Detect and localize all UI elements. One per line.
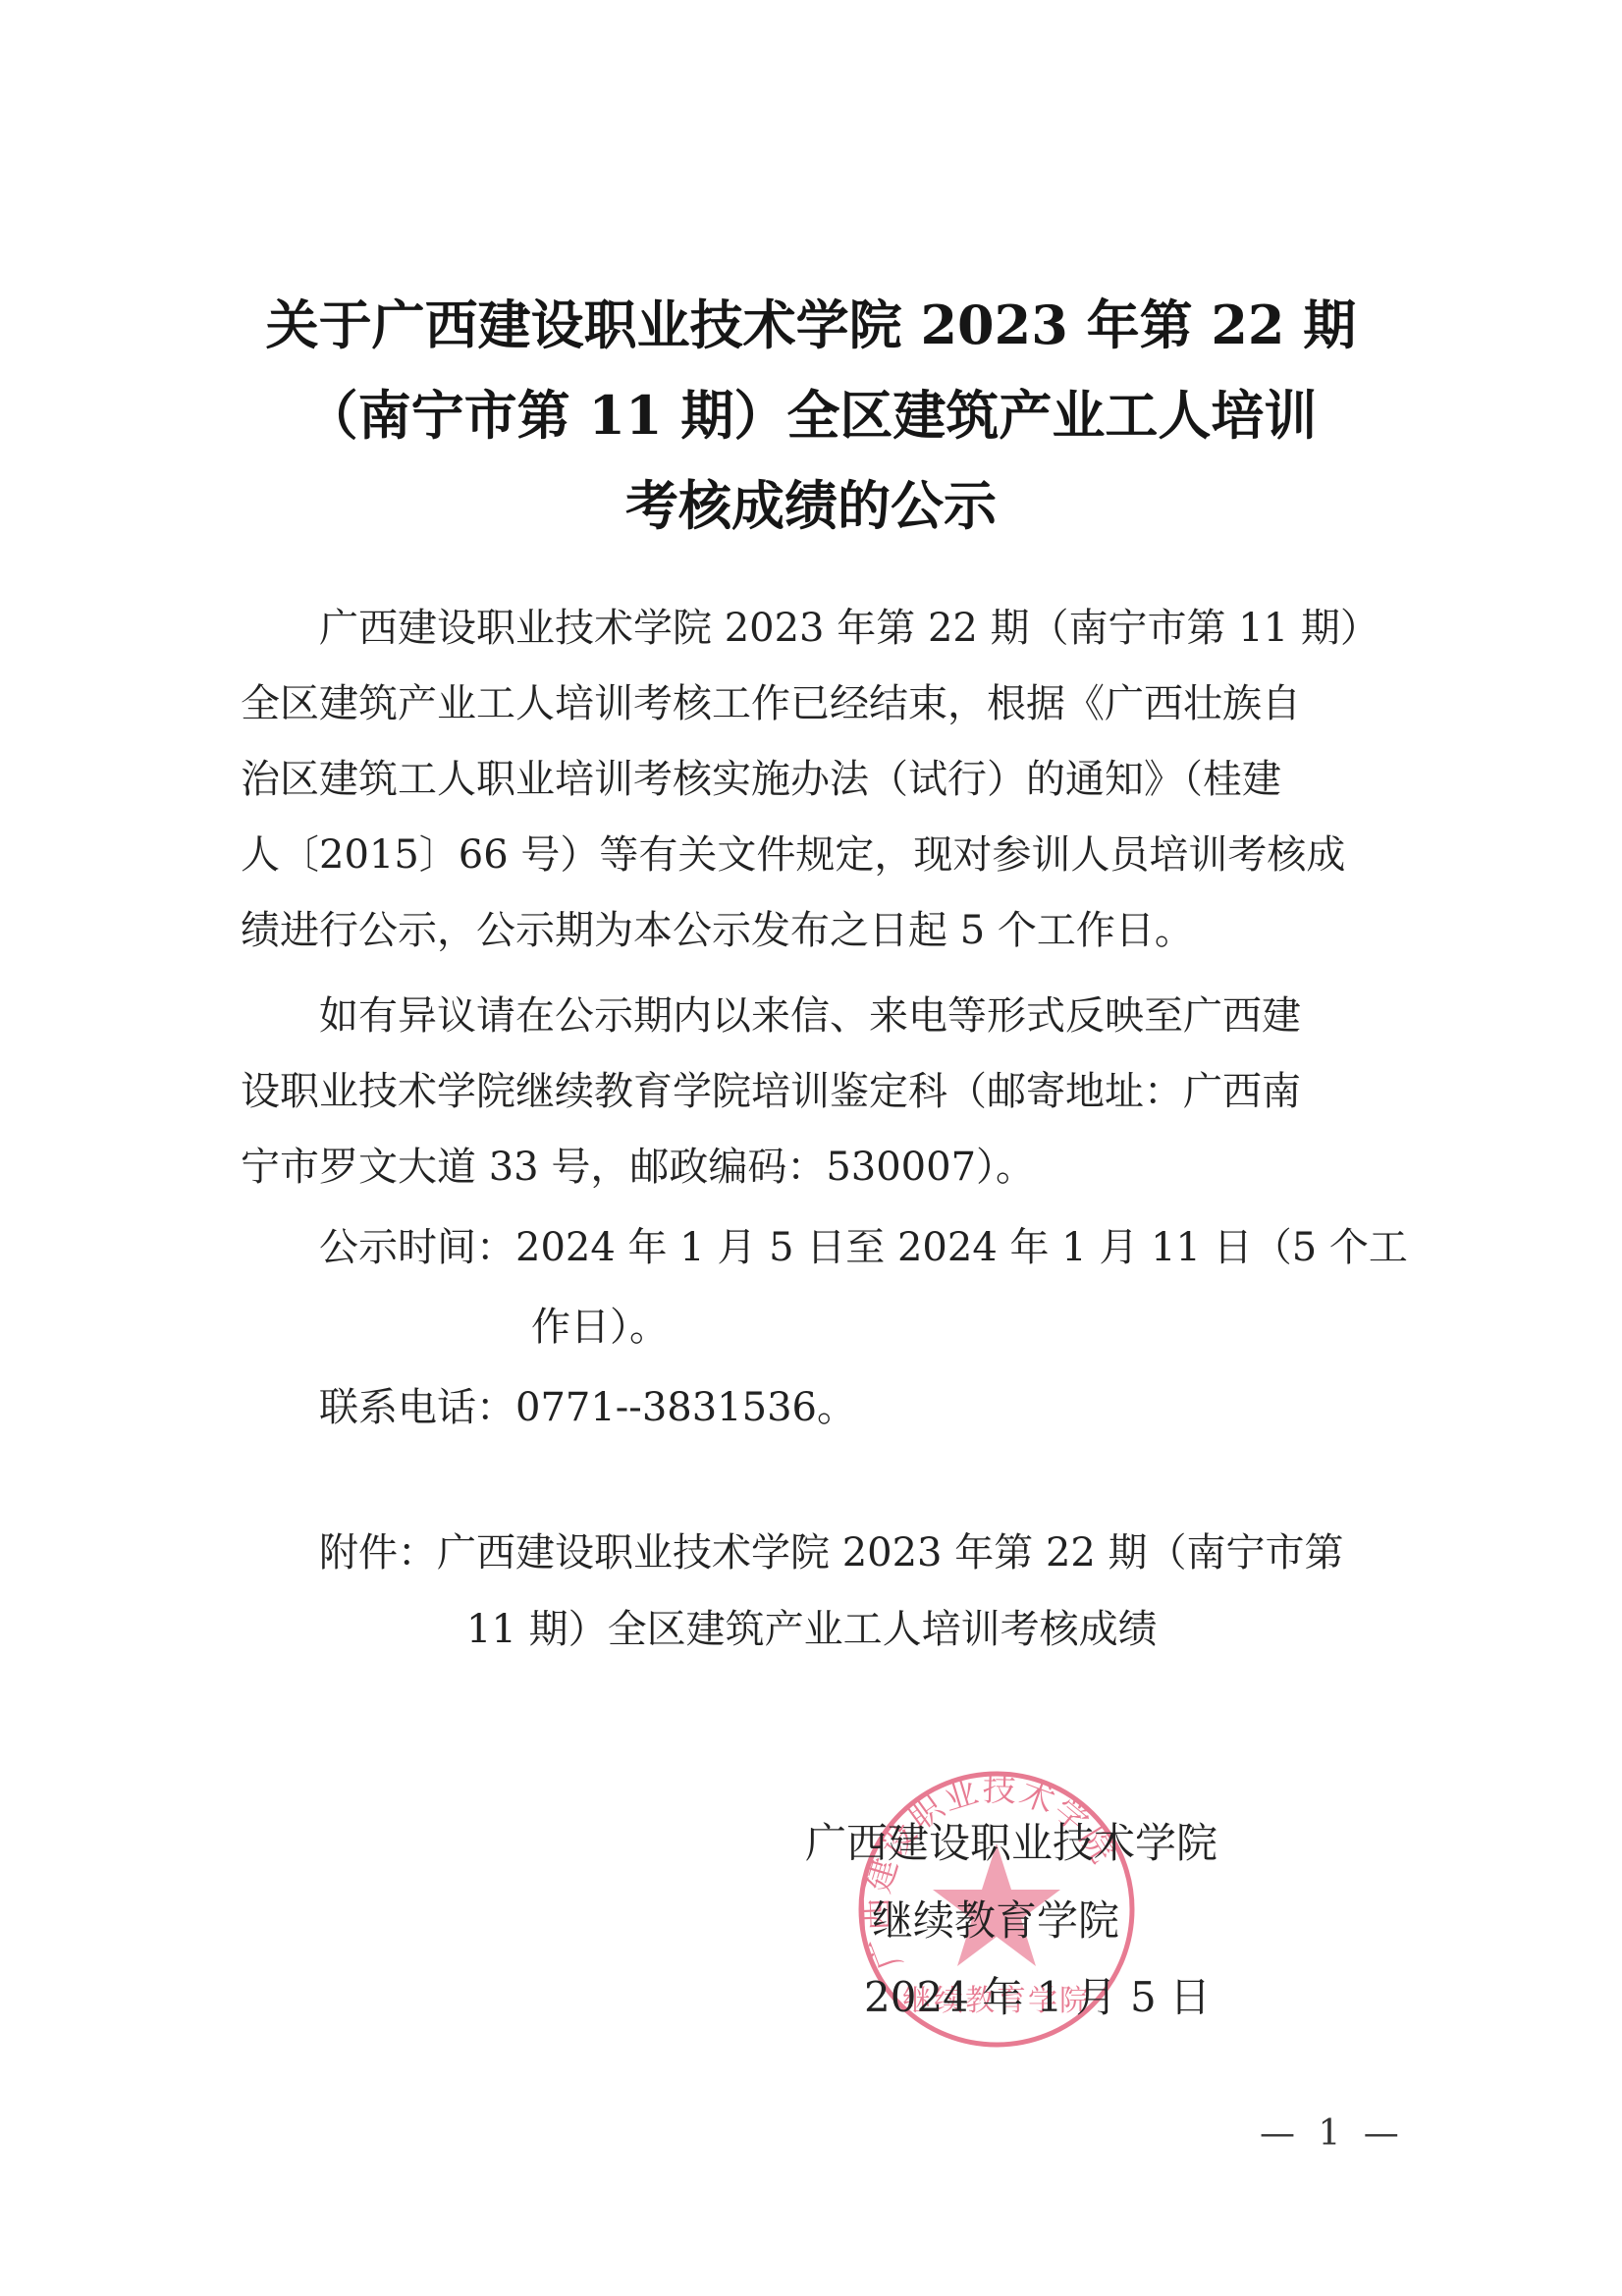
paragraph-2-line: 设职业技术学院继续教育学院培训鉴定科（邮寄地址：广西南 [241, 1062, 1301, 1121]
signature-date: 2024 年 1 月 5 日 [864, 1968, 1211, 2027]
notice-time-cont: 作日）。 [531, 1298, 669, 1357]
paragraph-1-line: 广西建设职业技术学院 2023 年第 22 期（南宁市第 11 期） [319, 599, 1379, 658]
title-line: 关于广西建设职业技术学院 2023 年第 22 期 [0, 280, 1622, 370]
page-number: — 1 — [1260, 2113, 1405, 2154]
title-line: （南宁市第 11 期）全区建筑产业工人培训 [0, 370, 1622, 460]
paragraph-2-line: 如有异议请在公示期内以来信、来电等形式反映至广西建 [319, 987, 1301, 1045]
paragraph-2-line: 宁市罗文大道 33 号，邮政编码：530007）。 [241, 1138, 1035, 1197]
attachment-label: 附件：广西建设职业技术学院 2023 年第 22 期（南宁市第 [319, 1523, 1344, 1582]
notice-time: 公示时间：2024 年 1 月 5 日至 2024 年 1 月 11 日（5 个… [319, 1218, 1408, 1277]
signature-dept: 继续教育学院 [872, 1892, 1119, 1950]
paragraph-1-line: 人〔2015〕66 号）等有关文件规定，现对参训人员培训考核成 [241, 826, 1345, 884]
document-title: 关于广西建设职业技术学院 2023 年第 22 期 （南宁市第 11 期）全区建… [0, 280, 1622, 551]
paragraph-1-line: 绩进行公示，公示期为本公示发布之日起 5 个工作日。 [241, 901, 1194, 960]
title-line: 考核成绩的公示 [0, 460, 1622, 551]
attachment-cont: 11 期）全区建筑产业工人培训考核成绩 [466, 1600, 1158, 1659]
paragraph-1-line: 治区建筑工人职业培训考核实施办法（试行）的通知》（桂建 [241, 750, 1281, 809]
contact-phone: 联系电话：0771--3831536。 [319, 1378, 856, 1437]
signature-org: 广西建设职业技术学院 [805, 1814, 1217, 1873]
paragraph-1-line: 全区建筑产业工人培训考核工作已经结束，根据《广西壮族自 [241, 674, 1301, 733]
